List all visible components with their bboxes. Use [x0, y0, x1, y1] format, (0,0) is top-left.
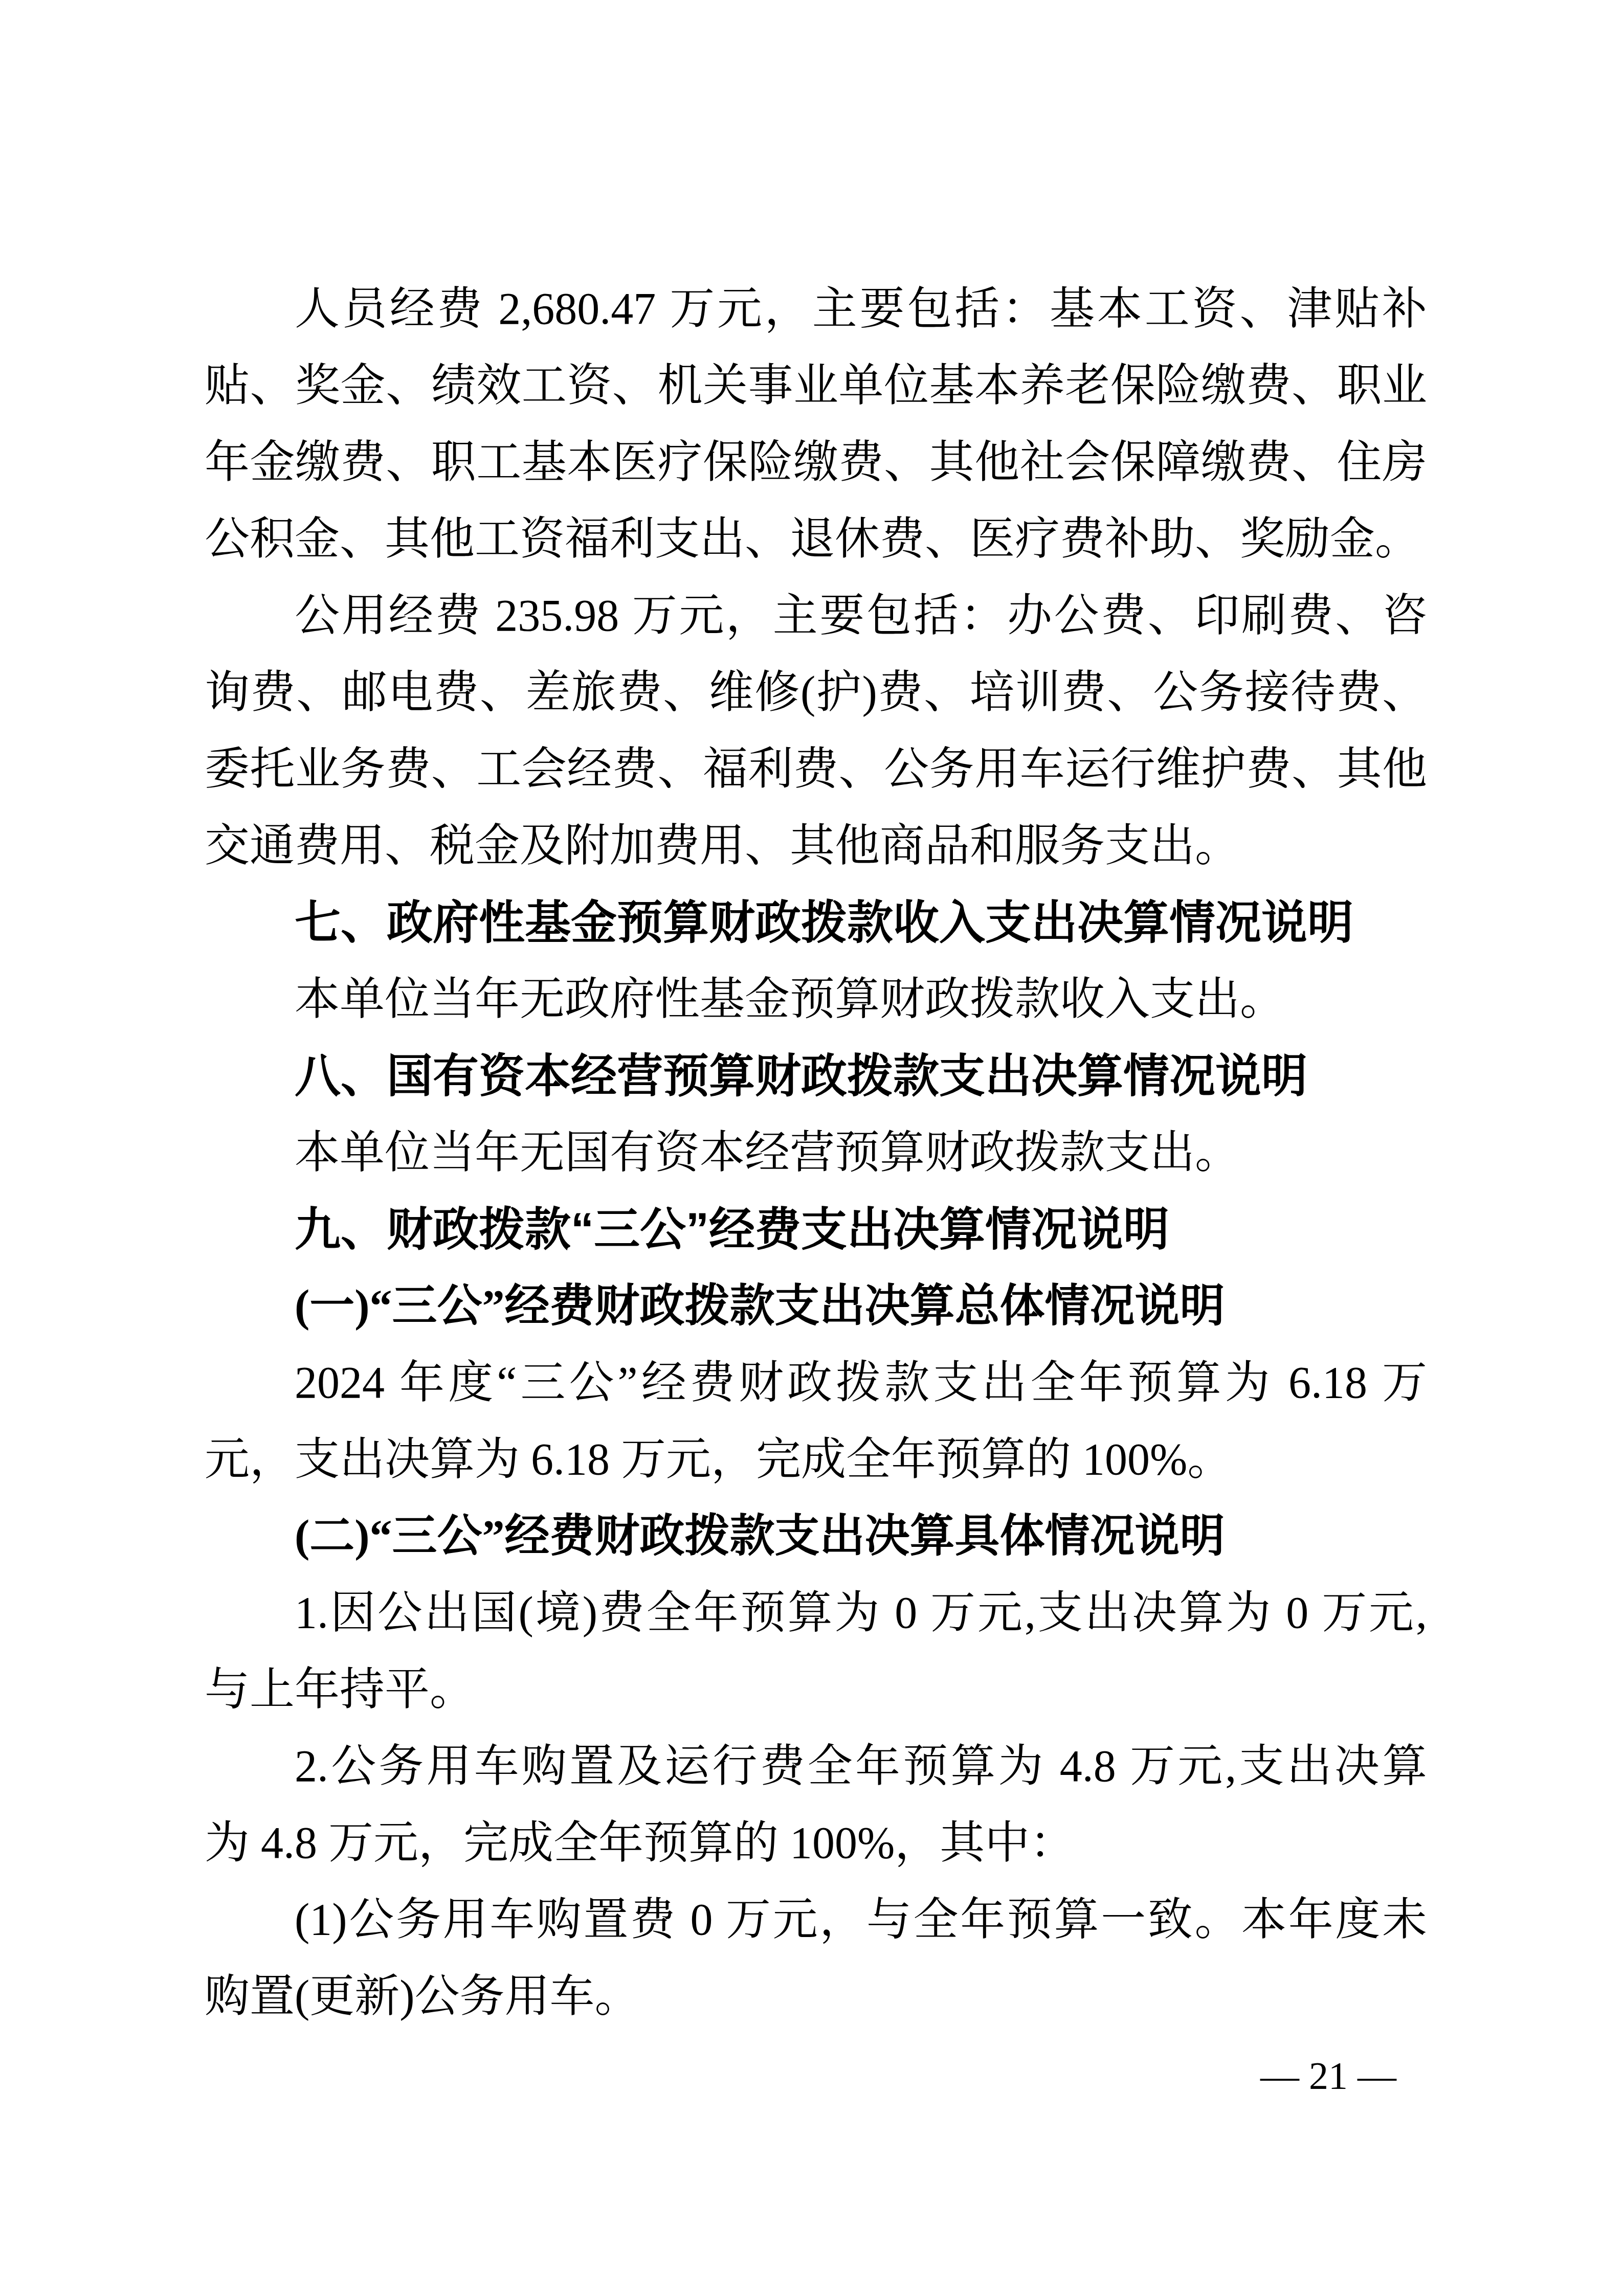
- text-line: 询费、邮电费、差旅费、维修(护)费、培训费、公务接待费、: [205, 655, 1427, 731]
- paragraph-vehicle-purchase: (1)公务用车购置费 0 万元，与全年预算一致。本年度未 购置(更新)公务用车。: [205, 1882, 1427, 2035]
- text-line: 2024 年度“三公”经费财政拨款支出全年预算为 6.18 万: [205, 1345, 1427, 1422]
- text-line: 年金缴费、职工基本医疗保险缴费、其他社会保障缴费、住房: [205, 424, 1427, 501]
- section-heading: 八、国有资本经营预算财政拨款支出决算情况说明: [205, 1038, 1427, 1115]
- text-line: (1)公务用车购置费 0 万元，与全年预算一致。本年度未: [205, 1882, 1427, 1959]
- paragraph-no-state-capital: 本单位当年无国有资本经营预算财政拨款支出。: [205, 1115, 1427, 1191]
- heading-section-9: 九、财政拨款“三公”经费支出决算情况说明: [205, 1191, 1427, 1268]
- text-line: 1.因公出国(境)费全年预算为 0 万元,支出决算为 0 万元,: [205, 1575, 1427, 1652]
- sub-heading: (一)“三公”经费财政拨款支出决算总体情况说明: [205, 1268, 1427, 1345]
- sub-heading: (二)“三公”经费财政拨款支出决算具体情况说明: [205, 1498, 1427, 1575]
- text-line: 公积金、其他工资福利支出、退休费、医疗费补助、奖励金。: [205, 501, 1427, 578]
- text-line: 委托业务费、工会经费、福利费、公务用车运行维护费、其他: [205, 731, 1427, 808]
- paragraph-no-gov-fund: 本单位当年无政府性基金预算财政拨款收入支出。: [205, 961, 1427, 1038]
- paragraph-three-public-overall: 2024 年度“三公”经费财政拨款支出全年预算为 6.18 万 元，支出决算为 …: [205, 1345, 1427, 1498]
- paragraph-personnel-expense: 人员经费 2,680.47 万元，主要包括：基本工资、津贴补 贴、奖金、绩效工资…: [205, 271, 1427, 578]
- document-page: 人员经费 2,680.47 万元，主要包括：基本工资、津贴补 贴、奖金、绩效工资…: [0, 0, 1624, 2296]
- text-line: 本单位当年无国有资本经营预算财政拨款支出。: [205, 1115, 1427, 1191]
- text-line: 2.公务用车购置及运行费全年预算为 4.8 万元,支出决算: [205, 1728, 1427, 1805]
- heading-section-7: 七、政府性基金预算财政拨款收入支出决算情况说明: [205, 885, 1427, 961]
- text-line: 购置(更新)公务用车。: [205, 1959, 1427, 2035]
- paragraph-abroad-expense: 1.因公出国(境)费全年预算为 0 万元,支出决算为 0 万元, 与上年持平。: [205, 1575, 1427, 1728]
- text-line: 与上年持平。: [205, 1652, 1427, 1728]
- subheading-9-1: (一)“三公”经费财政拨款支出决算总体情况说明: [205, 1268, 1427, 1345]
- document-text: 人员经费 2,680.47 万元，主要包括：基本工资、津贴补 贴、奖金、绩效工资…: [205, 271, 1427, 2035]
- heading-section-8: 八、国有资本经营预算财政拨款支出决算情况说明: [205, 1038, 1427, 1115]
- text-line: 贴、奖金、绩效工资、机关事业单位基本养老保险缴费、职业: [205, 348, 1427, 424]
- text-line: 为 4.8 万元，完成全年预算的 100%，其中：: [205, 1805, 1427, 1882]
- paragraph-vehicle-expense: 2.公务用车购置及运行费全年预算为 4.8 万元,支出决算 为 4.8 万元，完…: [205, 1728, 1427, 1882]
- section-heading: 七、政府性基金预算财政拨款收入支出决算情况说明: [205, 885, 1427, 961]
- subheading-9-2: (二)“三公”经费财政拨款支出决算具体情况说明: [205, 1498, 1427, 1575]
- paragraph-public-expense: 公用经费 235.98 万元，主要包括：办公费、印刷费、咨 询费、邮电费、差旅费…: [205, 578, 1427, 885]
- text-line: 交通费用、税金及附加费用、其他商品和服务支出。: [205, 808, 1427, 885]
- text-line: 本单位当年无政府性基金预算财政拨款收入支出。: [205, 961, 1427, 1038]
- section-heading: 九、财政拨款“三公”经费支出决算情况说明: [205, 1191, 1427, 1268]
- text-line: 人员经费 2,680.47 万元，主要包括：基本工资、津贴补: [205, 271, 1427, 348]
- page-number: — 21 —: [1260, 2045, 1396, 2107]
- text-line: 公用经费 235.98 万元，主要包括：办公费、印刷费、咨: [205, 578, 1427, 655]
- text-line: 元，支出决算为 6.18 万元，完成全年预算的 100%。: [205, 1422, 1427, 1498]
